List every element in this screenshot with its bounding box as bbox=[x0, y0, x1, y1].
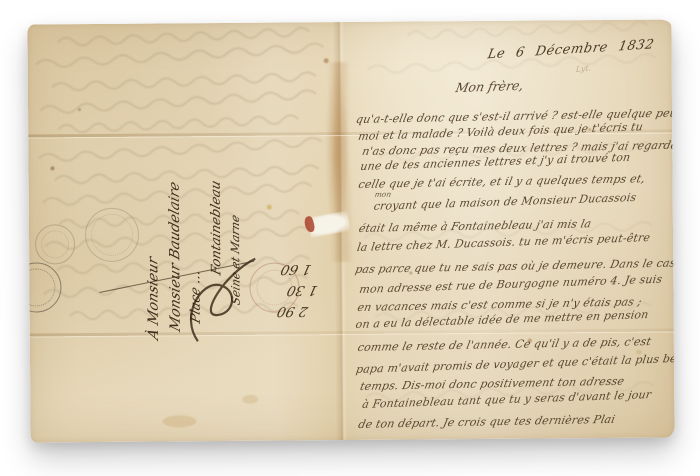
salutation: Mon frère, bbox=[454, 78, 525, 95]
postal-figures-block: 2 90 1 30 1 60 bbox=[225, 258, 317, 321]
fold-crease-lower bbox=[30, 328, 674, 336]
interlinear-insertion: mon bbox=[374, 190, 392, 199]
stain bbox=[162, 415, 196, 427]
address-line: Monsieur Baudelaire bbox=[164, 142, 187, 334]
postal-figure: 2 90 bbox=[223, 300, 310, 322]
double-circle-postmark bbox=[27, 262, 61, 312]
foxing-spot bbox=[324, 58, 329, 63]
postal-figure: 1 30 bbox=[223, 279, 320, 301]
address-line: Fontainebleau bbox=[206, 142, 227, 278]
date-line: Le 6 Décembre 1832 bbox=[486, 37, 655, 62]
photograph-background: À Monsieur Monsieur Baudelaire Place … F… bbox=[0, 0, 700, 476]
faint-circle-postmark-upper bbox=[35, 224, 75, 264]
letter-line: était la même à Fontainebleau j'ai mis l… bbox=[358, 217, 593, 235]
letter-sheet: À Monsieur Monsieur Baudelaire Place … F… bbox=[27, 19, 674, 442]
letter-line: de ton départ. Je crois que tes dernière… bbox=[357, 413, 616, 431]
foxing-spot bbox=[267, 205, 272, 210]
letter-line: comme le reste de l'année. Ce qu'il y a … bbox=[357, 335, 653, 354]
pencil-note: Lyt. bbox=[575, 63, 591, 74]
address-line: Place … bbox=[186, 142, 208, 326]
address-line: À Monsieur bbox=[142, 143, 165, 343]
letter-line: celle que je t'ai écrite, et il y a quel… bbox=[357, 172, 646, 191]
stain bbox=[242, 395, 258, 404]
letter-line: la lettre chez M. Ducassois. tu ne m'écr… bbox=[356, 231, 651, 254]
letter-line: papa m'avait promis de voyager et que c'… bbox=[355, 352, 675, 376]
foxing-spot bbox=[50, 166, 54, 170]
letter-line: croyant que la maison de Monsieur Ducass… bbox=[373, 191, 637, 213]
foxing-spot bbox=[78, 108, 81, 111]
faint-circle-datestamp bbox=[85, 208, 139, 262]
postal-figure: 1 60 bbox=[223, 258, 314, 280]
letter-line: mon adresse est rue de Bourgogne numéro … bbox=[358, 273, 663, 296]
